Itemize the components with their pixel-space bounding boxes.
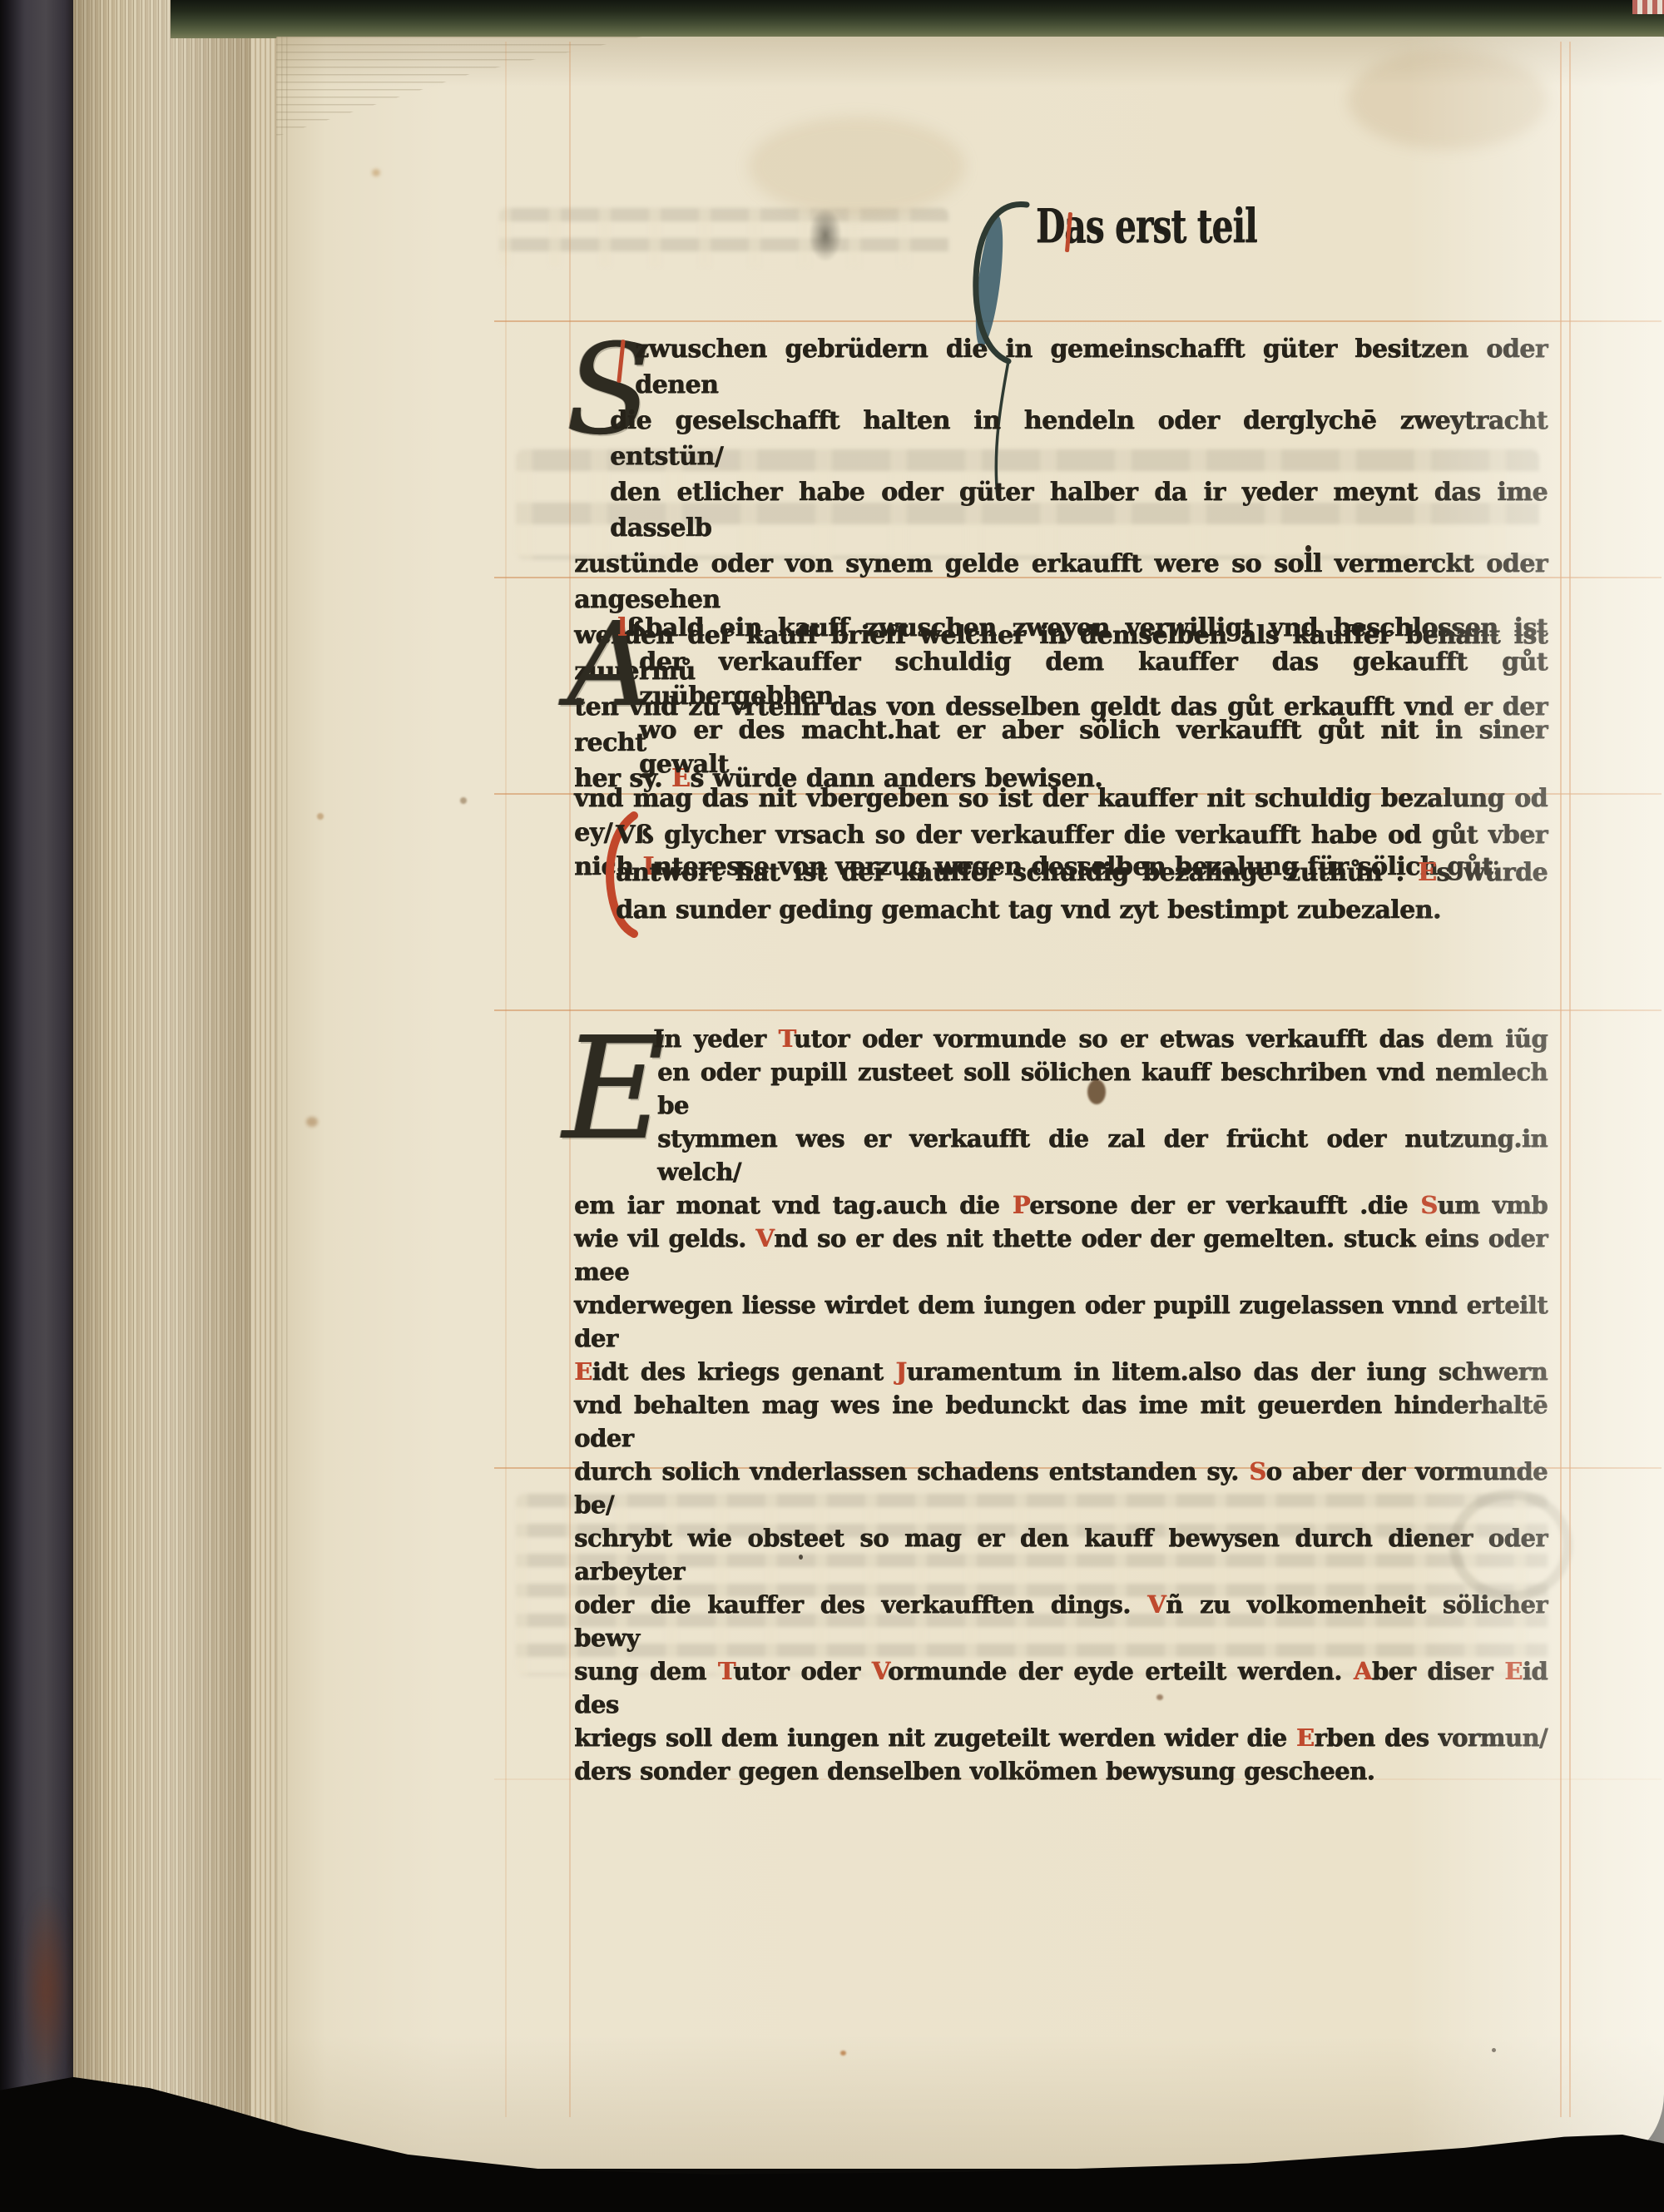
foxing-spot <box>372 169 380 176</box>
page-left-striations <box>276 37 290 2169</box>
text-line: stymmen wes er verkaufft die zal der frü… <box>574 1122 1548 1188</box>
page-corner-striations <box>276 37 642 136</box>
book-top-edge <box>171 0 1664 38</box>
text-line: Vß glycher vrsach so der verkauffer die … <box>574 816 1548 854</box>
text-line: wie vil gelds. Vnd so er des nit thette … <box>574 1222 1548 1288</box>
ruled-line-h4 <box>494 1009 1662 1011</box>
book-photograph: Das erst teil S zwuschen gebrüdern die i… <box>0 0 1664 2212</box>
ruled-line-left-outer <box>505 42 507 2117</box>
text-line: en oder pupill zusteet soll sölichen kau… <box>574 1055 1548 1122</box>
foxing-spot <box>840 2051 846 2056</box>
paper-stain <box>749 117 965 216</box>
ink-smudge <box>809 208 842 262</box>
paragraph-3: Vß glycher vrsach so der verkauffer die … <box>574 816 1548 929</box>
text-line: vnderwegen liesse wirdet dem iungen oder… <box>574 1288 1548 1355</box>
foxing-spot <box>306 1117 318 1127</box>
text-line: sung dem Tutor oder Vormunde der eyde er… <box>574 1654 1548 1721</box>
text-line: schrybt wie obsteet so mag er den kauff … <box>574 1521 1548 1588</box>
paper-stain <box>1348 50 1548 150</box>
text-line: Eidt des kriegs genant Juramentum in lit… <box>574 1355 1548 1388</box>
foxing-spot <box>317 813 324 820</box>
book-page: Das erst teil S zwuschen gebrüdern die i… <box>276 37 1664 2169</box>
ink-speck <box>1305 545 1311 552</box>
text-line: antwort hat ist der kauffer schuldig bez… <box>574 854 1548 891</box>
text-line: die geselschafft halten in hendeln oder … <box>574 403 1548 474</box>
text-line: kriegs soll dem iungen nit zugeteilt wer… <box>574 1721 1548 1754</box>
cover-wear-patch <box>22 1889 72 2089</box>
text-line: zustünde oder von synem gelde erkaufft w… <box>574 546 1548 617</box>
text-line: vnd behalten mag wes ine bedunckt das im… <box>574 1388 1548 1455</box>
bleed-through-text <box>499 208 948 266</box>
text-line: zwuschen gebrüdern die in gemeinschafft … <box>574 331 1548 403</box>
page-edge-shading <box>73 0 251 2212</box>
paragraph-4: In yeder Tutor oder vormunde so er etwas… <box>574 1022 1548 1788</box>
text-line: der verkauffer schuldig dem kauffer das … <box>574 645 1548 713</box>
book-cover-edge <box>0 0 73 2212</box>
ink-speck <box>799 1555 803 1560</box>
ruled-line-right-inner <box>1560 42 1562 2117</box>
text-line: dan sunder geding gemacht tag vnd zyt be… <box>574 891 1548 929</box>
text-line: wo er des macht.hat er aber sölich verka… <box>574 713 1548 781</box>
ink-speck <box>1492 2048 1496 2052</box>
page-edge-stack-inner <box>251 0 276 2212</box>
text-line: den etlicher habe oder güter halber da i… <box>574 474 1548 546</box>
text-line: em iar monat vnd tag.auch die Persone de… <box>574 1188 1548 1222</box>
headband-cloth <box>1632 0 1664 14</box>
text-line: durch solich vnderlassen schadens entsta… <box>574 1455 1548 1521</box>
text-line: oder die kauffer des verkaufften dings. … <box>574 1588 1548 1654</box>
foxing-spot <box>460 797 467 804</box>
text-line: In yeder Tutor oder vormunde so er etwas… <box>574 1022 1548 1055</box>
brown-stain <box>1087 1079 1106 1104</box>
ruled-line-right-outer <box>1569 42 1571 2117</box>
text-line: ders sonder gegen denselben volkömen bew… <box>574 1754 1548 1788</box>
ruled-line-h1 <box>494 320 1662 322</box>
foxing-spot <box>1156 1694 1163 1700</box>
text-line: lßbald ein kauff zwuschen zweyen verwill… <box>574 611 1548 645</box>
